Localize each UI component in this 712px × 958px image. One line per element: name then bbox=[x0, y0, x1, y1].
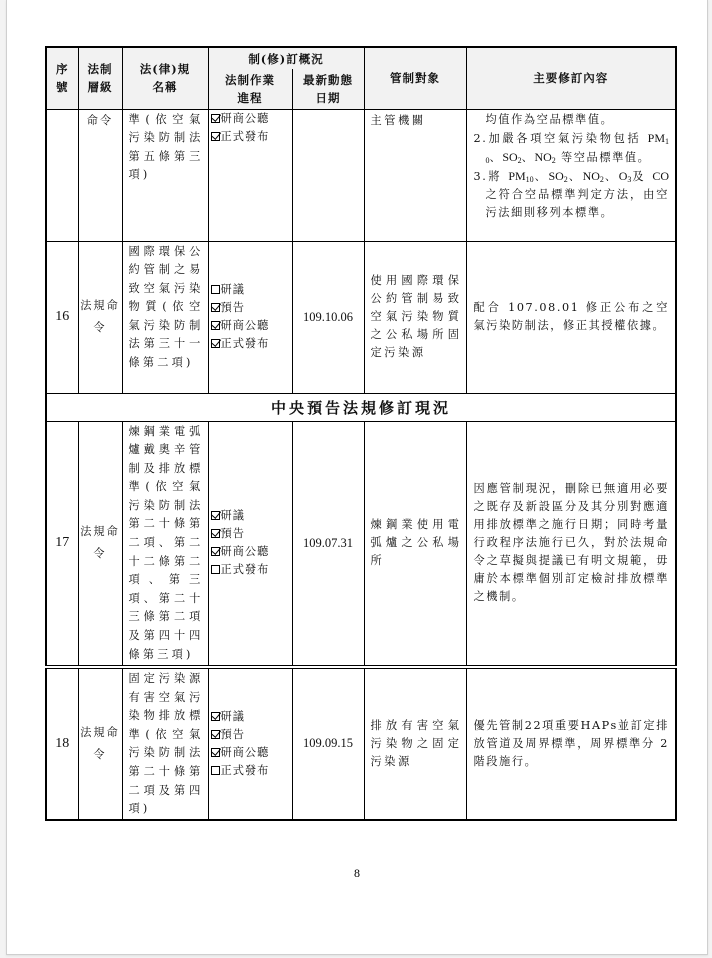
row-target: 主管機關 bbox=[364, 109, 466, 241]
row-content: 配合 107.08.01 修正公布之空氣污染防制法，修正其授權依據。 bbox=[466, 241, 676, 393]
row-seq: 18 bbox=[46, 667, 78, 820]
page-number: 8 bbox=[7, 866, 707, 881]
checkbox-unchecked-icon bbox=[211, 565, 220, 574]
row-progress: 研議 預告 研商公聽 正式發布 bbox=[208, 421, 292, 667]
progress-item: 研商公聽 bbox=[211, 317, 292, 335]
checkbox-checked-icon bbox=[211, 303, 220, 312]
row-date bbox=[292, 109, 364, 241]
checkbox-checked-icon bbox=[211, 529, 220, 538]
section-row: 中央預告法規修訂現況 bbox=[46, 393, 676, 421]
row-name: 國際環保公約管制之易致空氣污染物質(依空氣污染防制法第三十一條第二項) bbox=[122, 241, 208, 393]
progress-item: 正式發布 bbox=[211, 128, 292, 146]
progress-item: 正式發布 bbox=[211, 335, 292, 353]
progress-item: 研議 bbox=[211, 281, 292, 299]
row-date: 109.10.06 bbox=[292, 241, 364, 393]
progress-item: 研商公聽 bbox=[211, 543, 292, 561]
progress-item: 預告 bbox=[211, 525, 292, 543]
table-row: 17 法規命令 煉鋼業電弧爐戴奧辛管制及排放標準(依空氣污染防制法第二十條第二項… bbox=[46, 421, 676, 667]
row-content: 因應管制現況，刪除已無適用必要之既存及新設區分及其分別對應適用排放標準之施行日期… bbox=[466, 421, 676, 667]
checkbox-checked-icon bbox=[211, 321, 220, 330]
checkbox-checked-icon bbox=[211, 547, 220, 556]
row-date: 109.09.15 bbox=[292, 667, 364, 820]
table-row: 命令 準(依空氣污染防制法第五條第三項) 研商公聽 正式發布 主管機關 均值作為… bbox=[46, 109, 676, 241]
row-progress: 研商公聽 正式發布 bbox=[208, 109, 292, 241]
checkbox-checked-icon bbox=[211, 511, 220, 520]
row-target: 使用國際環保公約管制易致空氣污染物質之公私場所固定污染源 bbox=[364, 241, 466, 393]
progress-item: 研商公聽 bbox=[211, 744, 292, 762]
row-name: 準(依空氣污染防制法第五條第三項) bbox=[122, 109, 208, 241]
progress-item: 預告 bbox=[211, 726, 292, 744]
row-name: 煉鋼業電弧爐戴奧辛管制及排放標準(依空氣污染防制法第二十條第二項、第二十二條第二… bbox=[122, 421, 208, 667]
regulation-table: 序號 法制層級 法(律)規名稱 制(修)訂概況 管制對象 主要修訂內容 法制作業… bbox=[45, 46, 677, 821]
row-date: 109.07.31 bbox=[292, 421, 364, 667]
progress-item: 正式發布 bbox=[211, 762, 292, 780]
row-seq: 16 bbox=[46, 241, 78, 393]
header-content: 主要修訂內容 bbox=[466, 47, 676, 109]
checkbox-checked-icon bbox=[211, 339, 220, 348]
row-level: 法規命令 bbox=[78, 421, 122, 667]
progress-item: 研議 bbox=[211, 507, 292, 525]
row-seq bbox=[46, 109, 78, 241]
checkbox-unchecked-icon bbox=[211, 766, 220, 775]
section-title: 中央預告法規修訂現況 bbox=[46, 393, 676, 421]
row-level: 法規命令 bbox=[78, 241, 122, 393]
progress-item: 預告 bbox=[211, 299, 292, 317]
content-line: 均值作為空品標準值。 bbox=[474, 111, 670, 129]
checkbox-checked-icon bbox=[211, 730, 220, 739]
table-row: 18 法規命令 固定污染源有害空氣污染物排放標準(依空氣污染防制法第二十條第二項… bbox=[46, 667, 676, 820]
row-content: 優先管制22項重要HAPs並訂定排放管道及周界標準，周界標準分 2 階段施行。 bbox=[466, 667, 676, 820]
header-latest-date: 最新動態日期 bbox=[292, 69, 364, 109]
header-name: 法(律)規名稱 bbox=[122, 47, 208, 109]
progress-item: 正式發布 bbox=[211, 561, 292, 579]
row-level: 法規命令 bbox=[78, 667, 122, 820]
checkbox-checked-icon bbox=[211, 748, 220, 757]
checkbox-unchecked-icon bbox=[211, 285, 220, 294]
checkbox-checked-icon bbox=[211, 114, 220, 123]
progress-item: 研議 bbox=[211, 708, 292, 726]
row-progress: 研議 預告 研商公聽 正式發布 bbox=[208, 667, 292, 820]
row-content: 均值作為空品標準值。 2.加嚴各項空氣污染物包括 PM10、SO2、NO2 等空… bbox=[466, 109, 676, 241]
content-item: 2.加嚴各項空氣污染物包括 PM10、SO2、NO2 等空品標準值。 bbox=[474, 129, 670, 167]
content-item: 3.將 PM10、SO2、NO2、O3及 CO之符合空品標準判定方法，由空污法細… bbox=[474, 167, 670, 222]
row-target: 排放有害空氣污染物之固定污染源 bbox=[364, 667, 466, 820]
row-seq: 17 bbox=[46, 421, 78, 667]
row-level: 命令 bbox=[78, 109, 122, 241]
header-seq: 序號 bbox=[46, 47, 78, 109]
header-status-group: 制(修)訂概況 bbox=[208, 47, 364, 69]
row-target: 煉鋼業使用電弧爐之公私場所 bbox=[364, 421, 466, 667]
header-level: 法制層級 bbox=[78, 47, 122, 109]
header-progress: 法制作業進程 bbox=[208, 69, 292, 109]
row-name: 固定污染源有害空氣污染物排放標準(依空氣污染防制法第二十條第二項及第四項) bbox=[122, 667, 208, 820]
progress-item: 研商公聽 bbox=[211, 110, 292, 128]
row-progress: 研議 預告 研商公聽 正式發布 bbox=[208, 241, 292, 393]
checkbox-checked-icon bbox=[211, 132, 220, 141]
table-row: 16 法規命令 國際環保公約管制之易致空氣污染物質(依空氣污染防制法第三十一條第… bbox=[46, 241, 676, 393]
document-page: 序號 法制層級 法(律)規名稱 制(修)訂概況 管制對象 主要修訂內容 法制作業… bbox=[6, 0, 708, 955]
header-target: 管制對象 bbox=[364, 47, 466, 109]
checkbox-checked-icon bbox=[211, 712, 220, 721]
